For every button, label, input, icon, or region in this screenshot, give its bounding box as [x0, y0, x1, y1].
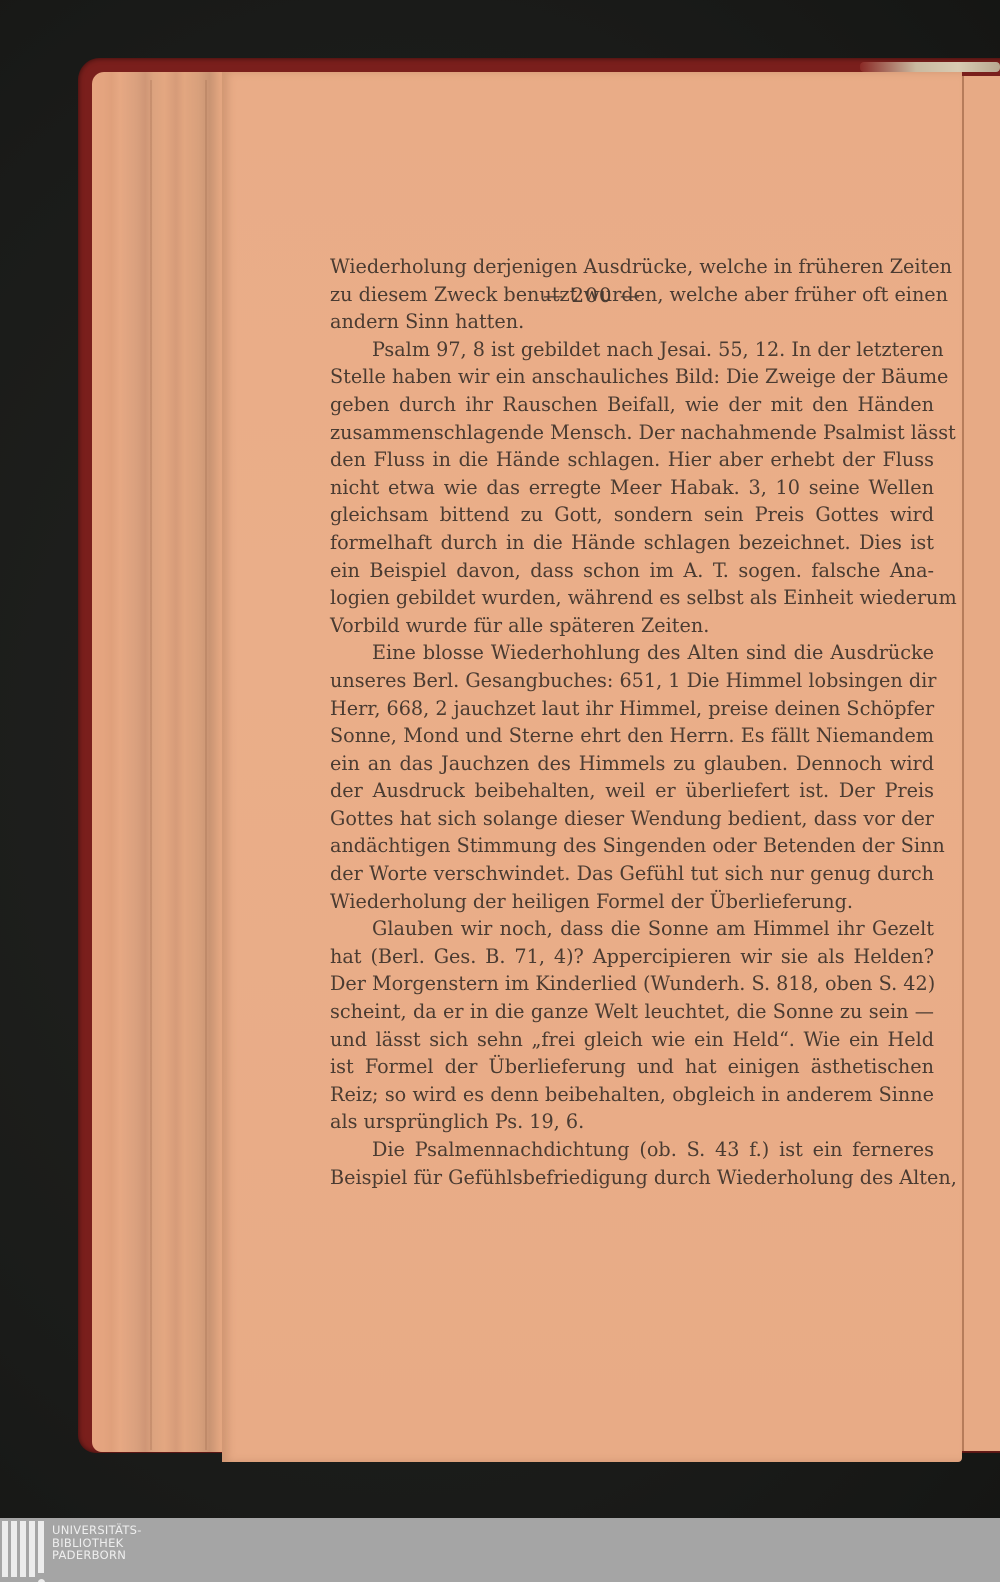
text-line: unseres Berl. Gesangbuches: 651, 1 Die H…: [330, 667, 934, 695]
text-line: zusammenschlagende Mensch. Der nachahmen…: [330, 419, 934, 447]
text-line: ist Formel der Überlieferung und hat ein…: [330, 1053, 934, 1081]
text-line: Die Psalmennachdichtung (ob. S. 43 f.) i…: [330, 1136, 934, 1164]
text-line: logien gebildet wurden, während es selbs…: [330, 584, 934, 612]
cover-wear: [860, 62, 1000, 72]
text-line: der Ausdruck beibehalten, weil er überli…: [330, 777, 934, 805]
text-line: Beispiel für Gefühlsbefriedigung durch W…: [330, 1164, 934, 1192]
text-line: Wiederholung der heiligen Formel der Übe…: [330, 888, 934, 916]
library-logo-text: UNIVERSITÄTS- BIBLIOTHEK PADERBORN: [52, 1524, 142, 1562]
body-text: Wiederholung derjenigen Ausdrücke, welch…: [330, 253, 934, 1191]
text-line: Vorbild wurde für alle späteren Zeiten.: [330, 612, 934, 640]
text-line: andächtigen Stimmung des Singenden oder …: [330, 832, 934, 860]
text-line: Reiz; so wird es denn beibehalten, obgle…: [330, 1081, 934, 1109]
text-line: Der Morgenstern im Kinderlied (Wunderh. …: [330, 970, 934, 998]
next-page-edge: [962, 76, 1000, 1451]
paragraph: Die Psalmennachdichtung (ob. S. 43 f.) i…: [330, 1136, 934, 1191]
paragraph: Eine blosse Wiederhohlung des Alten sind…: [330, 639, 934, 915]
library-footer: UNIVERSITÄTS- BIBLIOTHEK PADERBORN: [0, 1518, 1000, 1582]
edge-line: [150, 80, 152, 1450]
text-line: zu diesem Zweck benutzt wurden, welche a…: [330, 281, 934, 309]
logo-line: UNIVERSITÄTS-: [52, 1524, 142, 1537]
text-line: den Fluss in die Hände schlagen. Hier ab…: [330, 446, 934, 474]
paragraph: Glauben wir noch, dass die Sonne am Himm…: [330, 915, 934, 1136]
text-line: formelhaft durch in die Hände schlagen b…: [330, 529, 934, 557]
text-line: andern Sinn hatten.: [330, 308, 934, 336]
text-line: gleichsam bittend zu Gott, sondern sein …: [330, 501, 934, 529]
text-line: und lässt sich sehn „frei gleich wie ein…: [330, 1026, 934, 1054]
paragraph: Psalm 97, 8 ist gebildet nach Jesai. 55,…: [330, 336, 934, 640]
text-line: Gottes hat sich solange dieser Wendung b…: [330, 805, 934, 833]
text-line: Herr, 668, 2 jauchzet laut ihr Himmel, p…: [330, 695, 934, 723]
text-line: Sonne, Mond und Sterne ehrt den Herrn. E…: [330, 722, 934, 750]
text-line: Eine blosse Wiederhohlung des Alten sind…: [330, 639, 934, 667]
text-line: Stelle haben wir ein anschauliches Bild:…: [330, 363, 934, 391]
text-line: ein Beispiel davon, dass schon im A. T. …: [330, 557, 934, 585]
edge-line: [205, 80, 207, 1450]
text-line: hat (Berl. Ges. B. 71, 4)? Appercipieren…: [330, 943, 934, 971]
text-line: Psalm 97, 8 ist gebildet nach Jesai. 55,…: [330, 336, 934, 364]
text-line: als ursprünglich Ps. 19, 6.: [330, 1108, 934, 1136]
text-line: ein an das Jauchzen des Himmels zu glaub…: [330, 750, 934, 778]
text-line: Wiederholung derjenigen Ausdrücke, welch…: [330, 253, 934, 281]
text-line: nicht etwa wie das erregte Meer Habak. 3…: [330, 474, 934, 502]
logo-line: PADERBORN: [52, 1549, 142, 1562]
page-block-edges: [92, 72, 232, 1452]
paragraph: Wiederholung derjenigen Ausdrücke, welch…: [330, 253, 934, 336]
text-line: Glauben wir noch, dass die Sonne am Himm…: [330, 915, 934, 943]
text-line: der Worte verschwindet. Das Gefühl tut s…: [330, 860, 934, 888]
text-line: scheint, da er in die ganze Welt leuchte…: [330, 998, 934, 1026]
text-line: geben durch ihr Rauschen Beifall, wie de…: [330, 391, 934, 419]
